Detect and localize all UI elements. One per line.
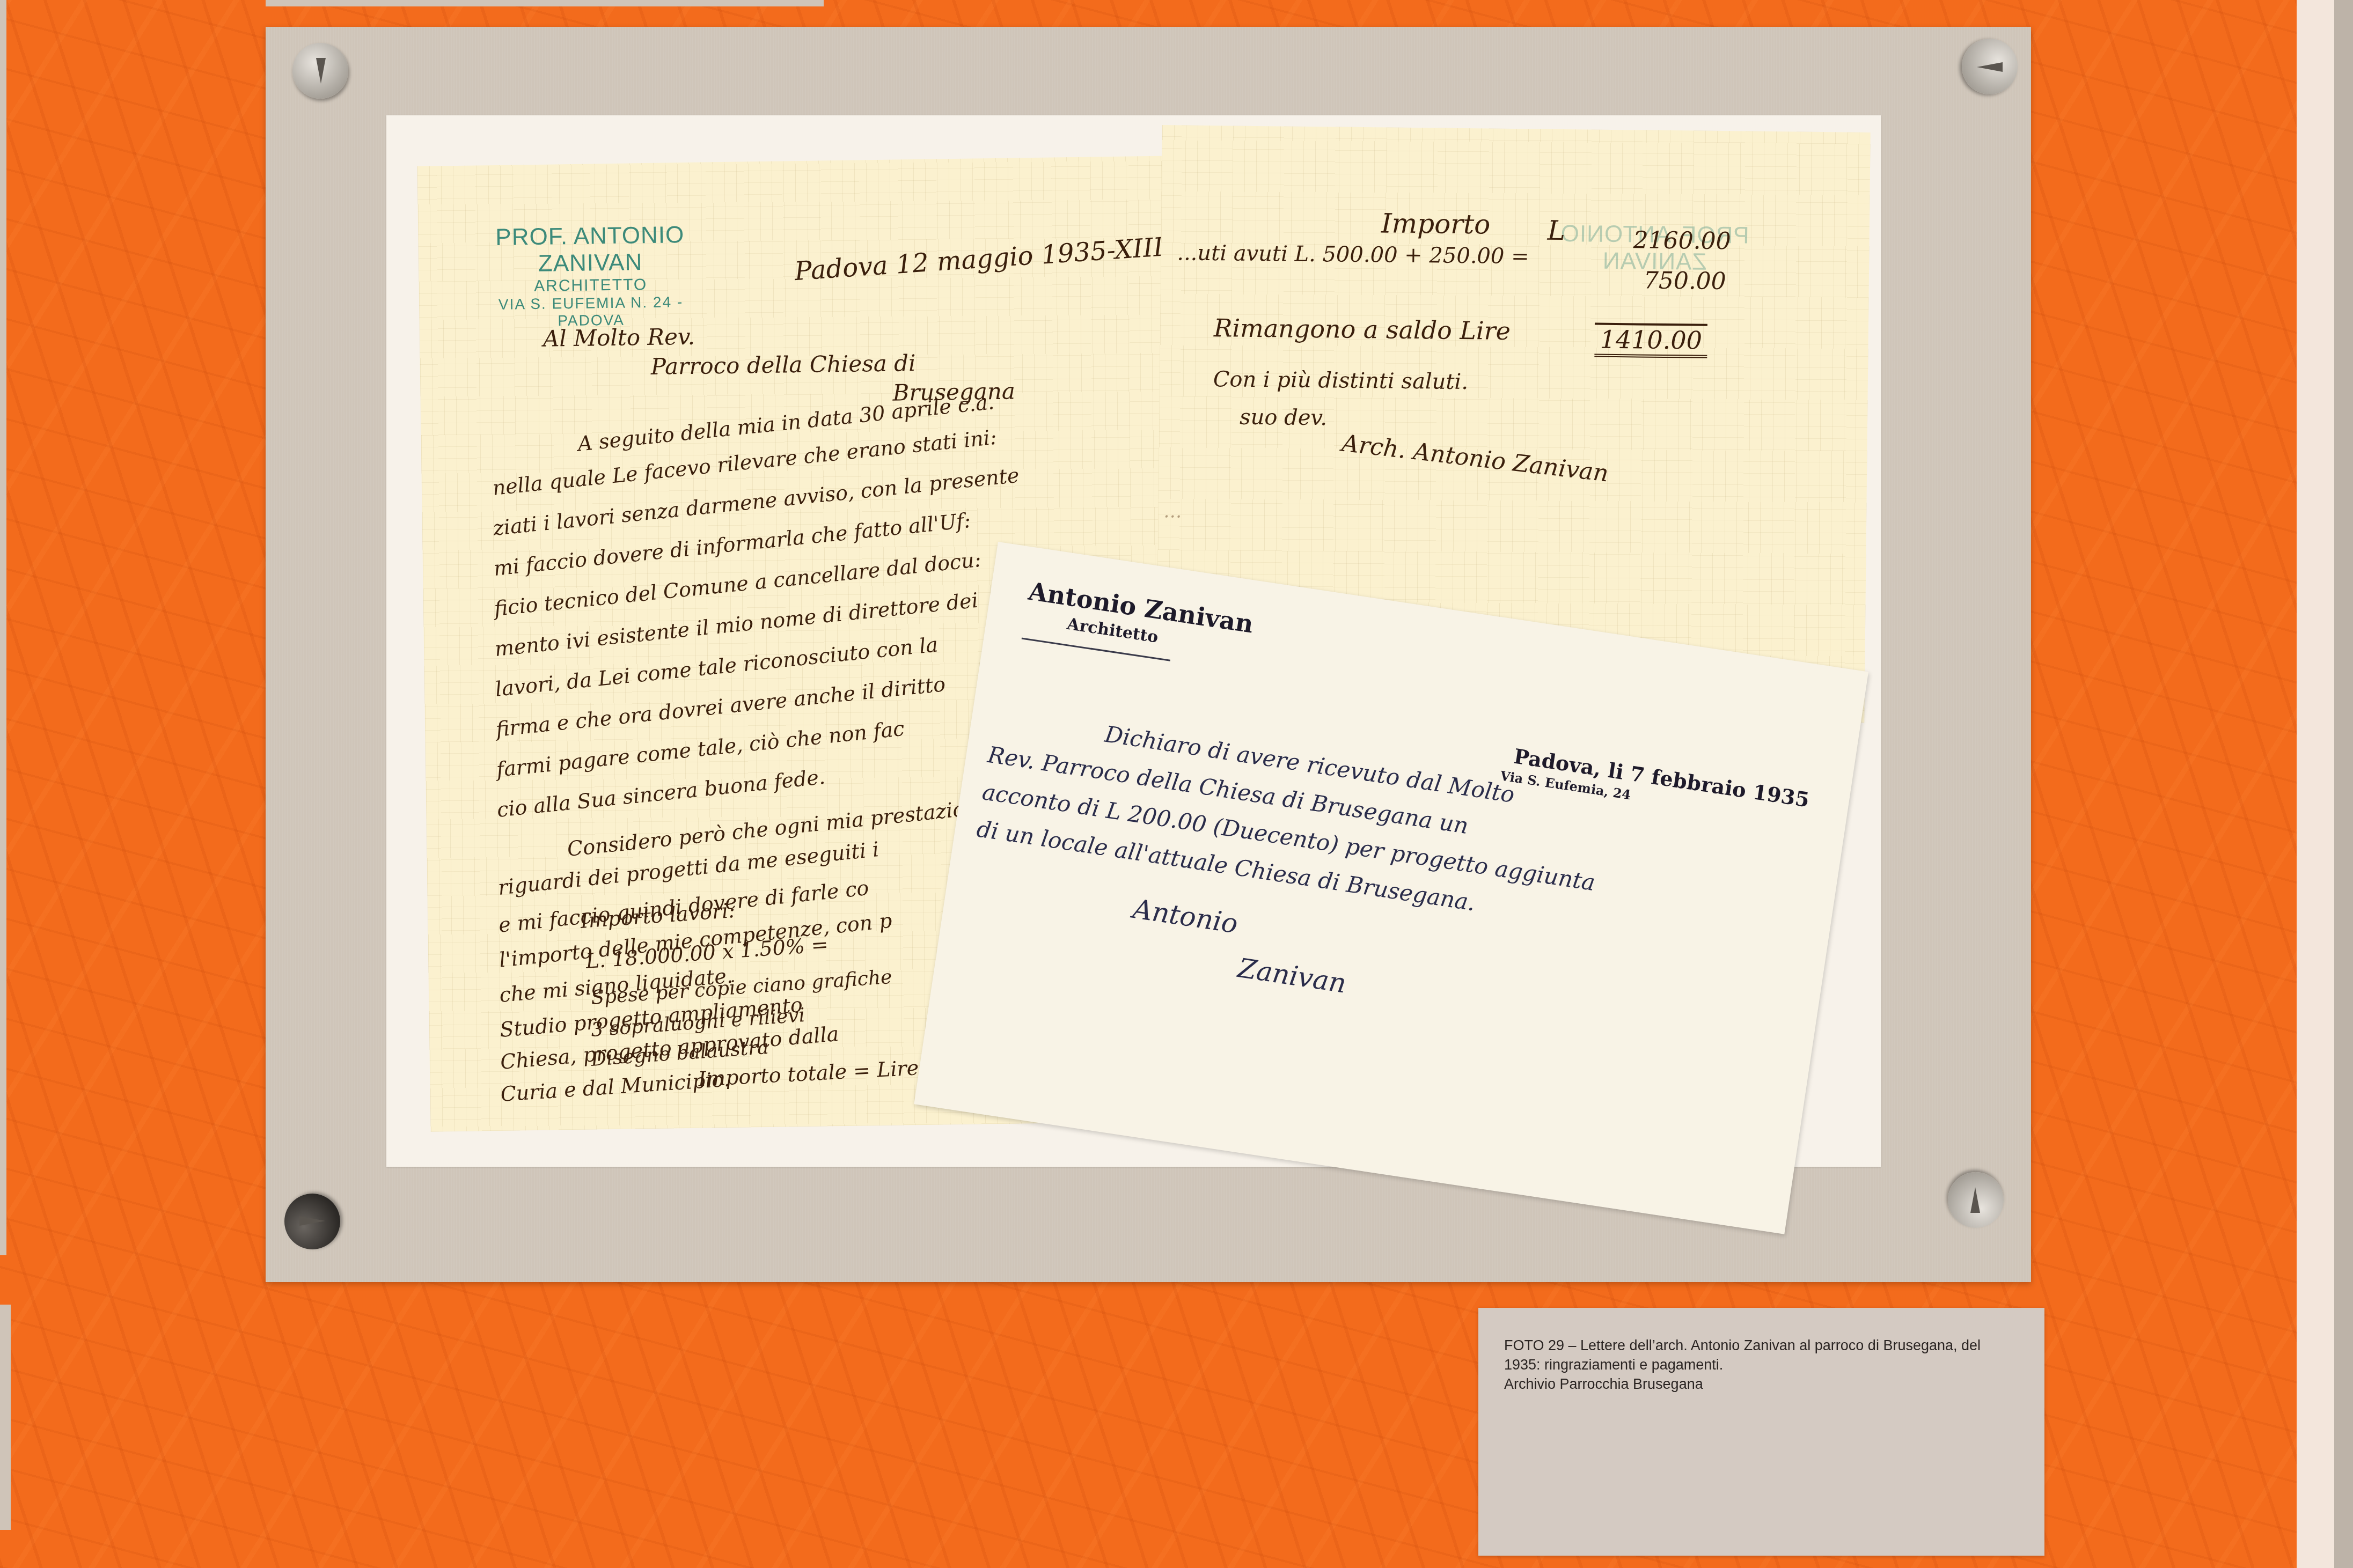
show-through-text: …	[1163, 500, 1182, 522]
recipient-line: Parroco della Chiesa di	[650, 350, 915, 380]
pushpin-icon	[1962, 39, 2018, 94]
signature: Arch. Antonio Zanivan	[1340, 430, 1610, 488]
saldo-value: 1410.00	[1594, 323, 1707, 358]
pushpin-icon	[1948, 1172, 2004, 1228]
acconti-value: 750.00	[1644, 267, 1726, 296]
caption-line: FOTO 29 – Lettere dell’arch. Antonio Zan…	[1504, 1336, 2025, 1355]
pushpin-icon	[292, 43, 348, 99]
importo-value: 2160.00	[1633, 226, 1731, 255]
letterhead-name: PROF. ANTONIO ZANIVAN	[466, 221, 714, 278]
closing-line: Con i più distinti saluti.	[1213, 367, 1469, 394]
caption-text: FOTO 29 – Lettere dell’arch. Antonio Zan…	[1504, 1336, 2025, 1394]
closing-line: suo dev.	[1240, 405, 1327, 431]
neighbor-panel-top	[266, 0, 824, 6]
neighbor-panel-left-lower	[0, 1305, 11, 1530]
board-edge-strip	[2297, 0, 2334, 1568]
wall	[2334, 0, 2353, 1568]
importo-label: Importo	[1381, 208, 1491, 240]
receipt-signature: Zanivan	[1236, 952, 1348, 999]
caption-line: 1935: ringraziamenti e pagamenti.	[1504, 1355, 2025, 1374]
currency-mark: L	[1547, 215, 1565, 246]
acconti-label: ...uti avuti L. 500.00 + 250.00 =	[1177, 240, 1529, 269]
receipt-signature: Antonio	[1131, 893, 1240, 939]
letterhead: PROF. ANTONIO ZANIVAN ARCHITETTO VIA S. …	[466, 221, 715, 330]
letter-date: Padova 12 maggio 1935-XIII	[794, 232, 1164, 287]
caption-source: Archivio Parrocchia Brusegana	[1504, 1374, 2025, 1394]
neighbor-panel-left-upper	[0, 0, 6, 1255]
body-line: Curia e dal Municipio.	[500, 1068, 731, 1106]
recipient-line: Al Molto Rev.	[543, 323, 695, 352]
caption-card: FOTO 29 – Lettere dell’arch. Antonio Zan…	[1478, 1308, 2044, 1556]
pushpin-icon	[284, 1194, 340, 1249]
saldo-label: Rimangono a saldo Lire	[1214, 313, 1511, 345]
